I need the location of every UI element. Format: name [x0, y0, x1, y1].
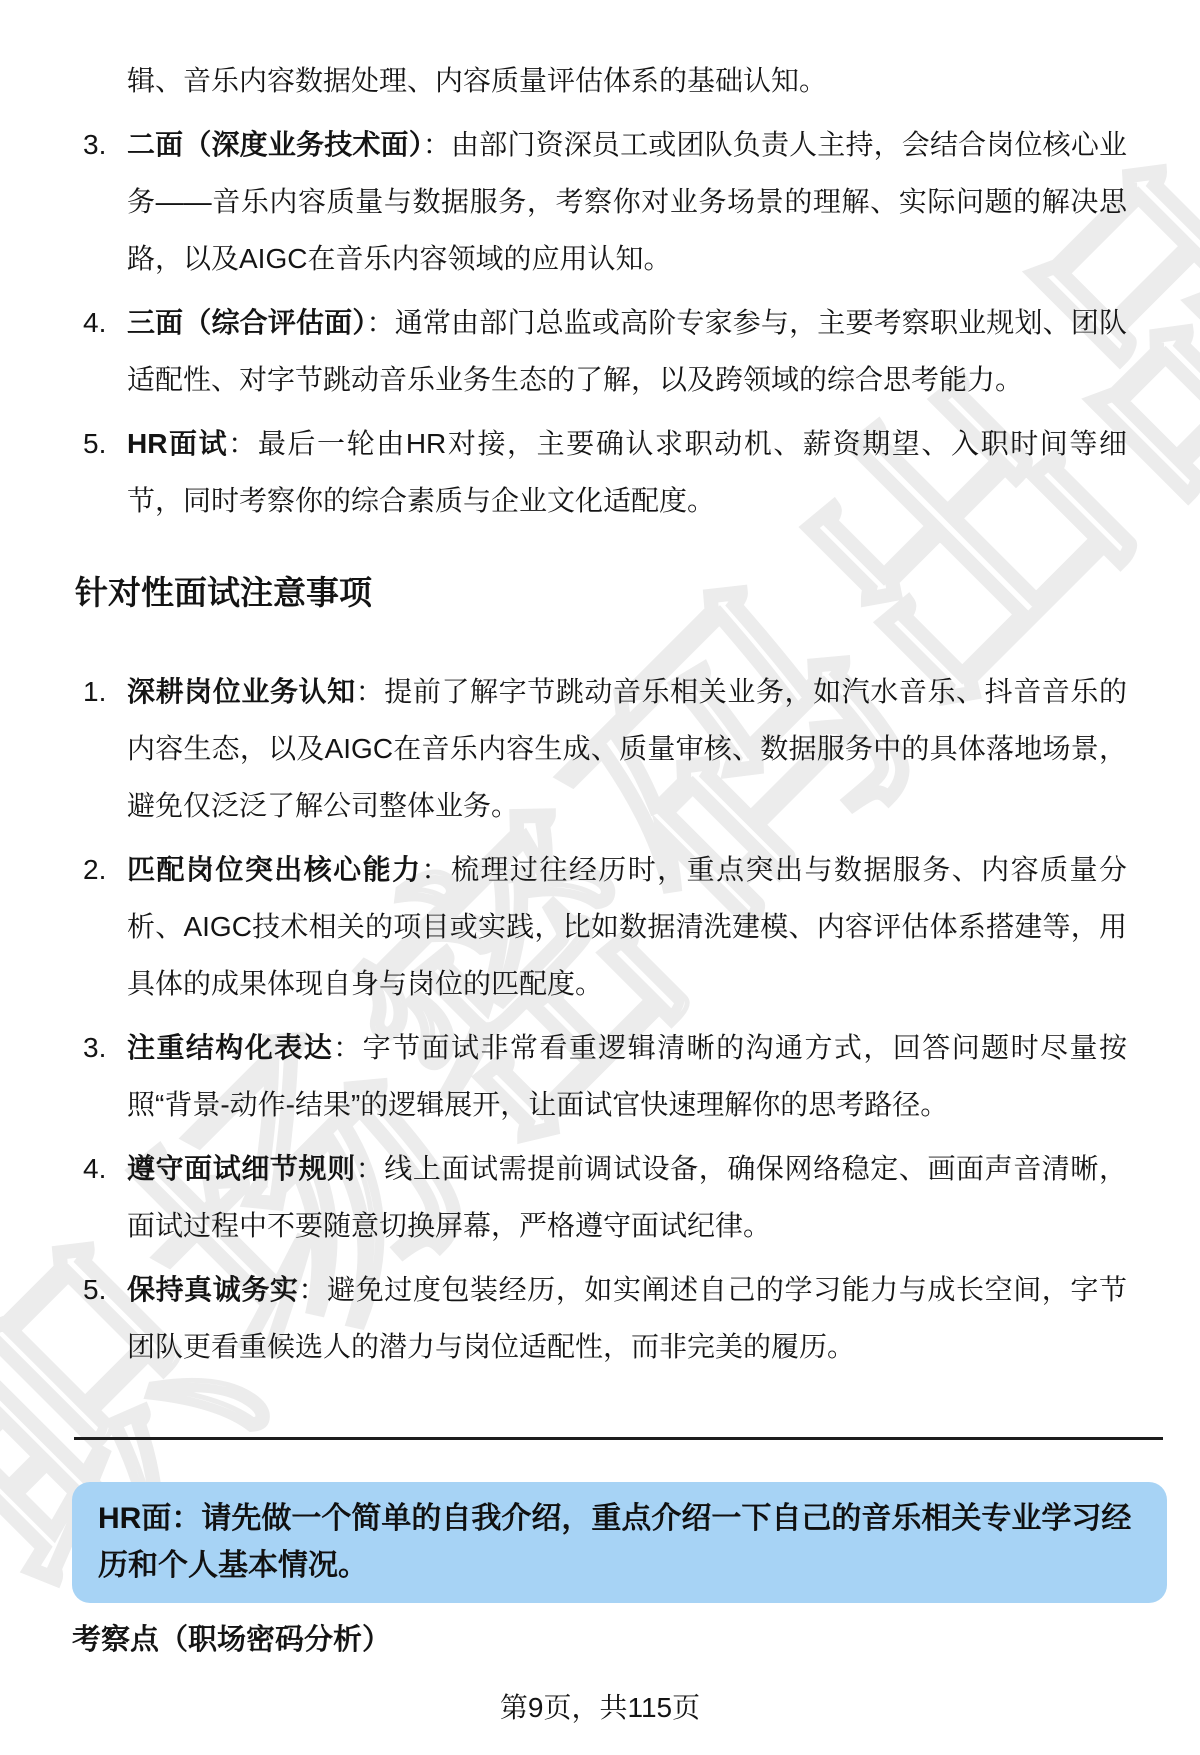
list-item: 5. HR面试：最后一轮由HR对接，主要确认求职动机、薪资期望、入职时间等细节，…: [75, 415, 1127, 529]
interview-process-list: 3. 二面（深度业务技术面）：由部门资深员工或团队负责人主持，会结合岗位核心业务…: [75, 116, 1127, 529]
interview-notes-list: 1. 深耕岗位业务认知：提前了解字节跳动音乐相关业务，如汽水音乐、抖音音乐的内容…: [75, 663, 1127, 1375]
list-item-number: 3.: [83, 116, 123, 173]
continuation-paragraph: 辑、音乐内容数据处理、内容质量评估体系的基础认知。: [127, 52, 1127, 109]
list-item-number: 4.: [83, 294, 123, 351]
list-item: 1. 深耕岗位业务认知：提前了解字节跳动音乐相关业务，如汽水音乐、抖音音乐的内容…: [75, 663, 1127, 834]
analysis-label: 考察点（职场密码分析）: [72, 1620, 391, 1660]
list-item-number: 5.: [83, 415, 123, 472]
list-item-number: 5.: [83, 1261, 123, 1318]
list-item: 4. 三面（综合评估面）：通常由部门总监或高阶专家参与，主要考察职业规划、团队适…: [75, 294, 1127, 408]
list-item-lead: HR面试: [127, 428, 228, 459]
section-heading: 针对性面试注意事项: [75, 573, 1127, 613]
list-item-lead: 三面（综合评估面）: [127, 307, 367, 338]
list-item-lead: 二面（深度业务技术面）: [127, 129, 423, 160]
list-item: 4. 遵守面试细节规则：线上面试需提前调试设备，确保网络稳定、画面声音清晰，面试…: [75, 1140, 1127, 1254]
list-item-lead: 注重结构化表达: [127, 1032, 333, 1063]
list-item-lead: 深耕岗位业务认知: [127, 676, 356, 707]
list-item-lead: 匹配岗位突出核心能力: [127, 854, 422, 885]
list-item-number: 3.: [83, 1019, 123, 1076]
list-item: 5. 保持真诚务实：避免过度包装经历，如实阐述自己的学习能力与成长空间，字节团队…: [75, 1261, 1127, 1375]
list-item: 2. 匹配岗位突出核心能力：梳理过往经历时，重点突出与数据服务、内容质量分析、A…: [75, 841, 1127, 1012]
list-item-lead: 遵守面试细节规则: [127, 1153, 356, 1184]
document-body: 辑、音乐内容数据处理、内容质量评估体系的基础认知。 3. 二面（深度业务技术面）…: [75, 52, 1127, 1382]
page-footer: 第9页，共115页: [0, 1688, 1200, 1728]
list-item-number: 1.: [83, 663, 123, 720]
list-item-number: 2.: [83, 841, 123, 898]
list-item: 3. 注重结构化表达：字节面试非常看重逻辑清晰的沟通方式，回答问题时尽量按照“背…: [75, 1019, 1127, 1133]
list-item: 3. 二面（深度业务技术面）：由部门资深员工或团队负责人主持，会结合岗位核心业务…: [75, 116, 1127, 287]
list-item-number: 4.: [83, 1140, 123, 1197]
list-item-text: ：最后一轮由HR对接，主要确认求职动机、薪资期望、入职时间等细节，同时考察你的综…: [127, 428, 1127, 516]
horizontal-divider: [74, 1437, 1163, 1440]
question-highlight-box: HR面：请先做一个简单的自我介绍，重点介绍一下自己的音乐相关专业学习经历和个人基…: [72, 1482, 1167, 1603]
list-item-lead: 保持真诚务实: [127, 1274, 299, 1305]
